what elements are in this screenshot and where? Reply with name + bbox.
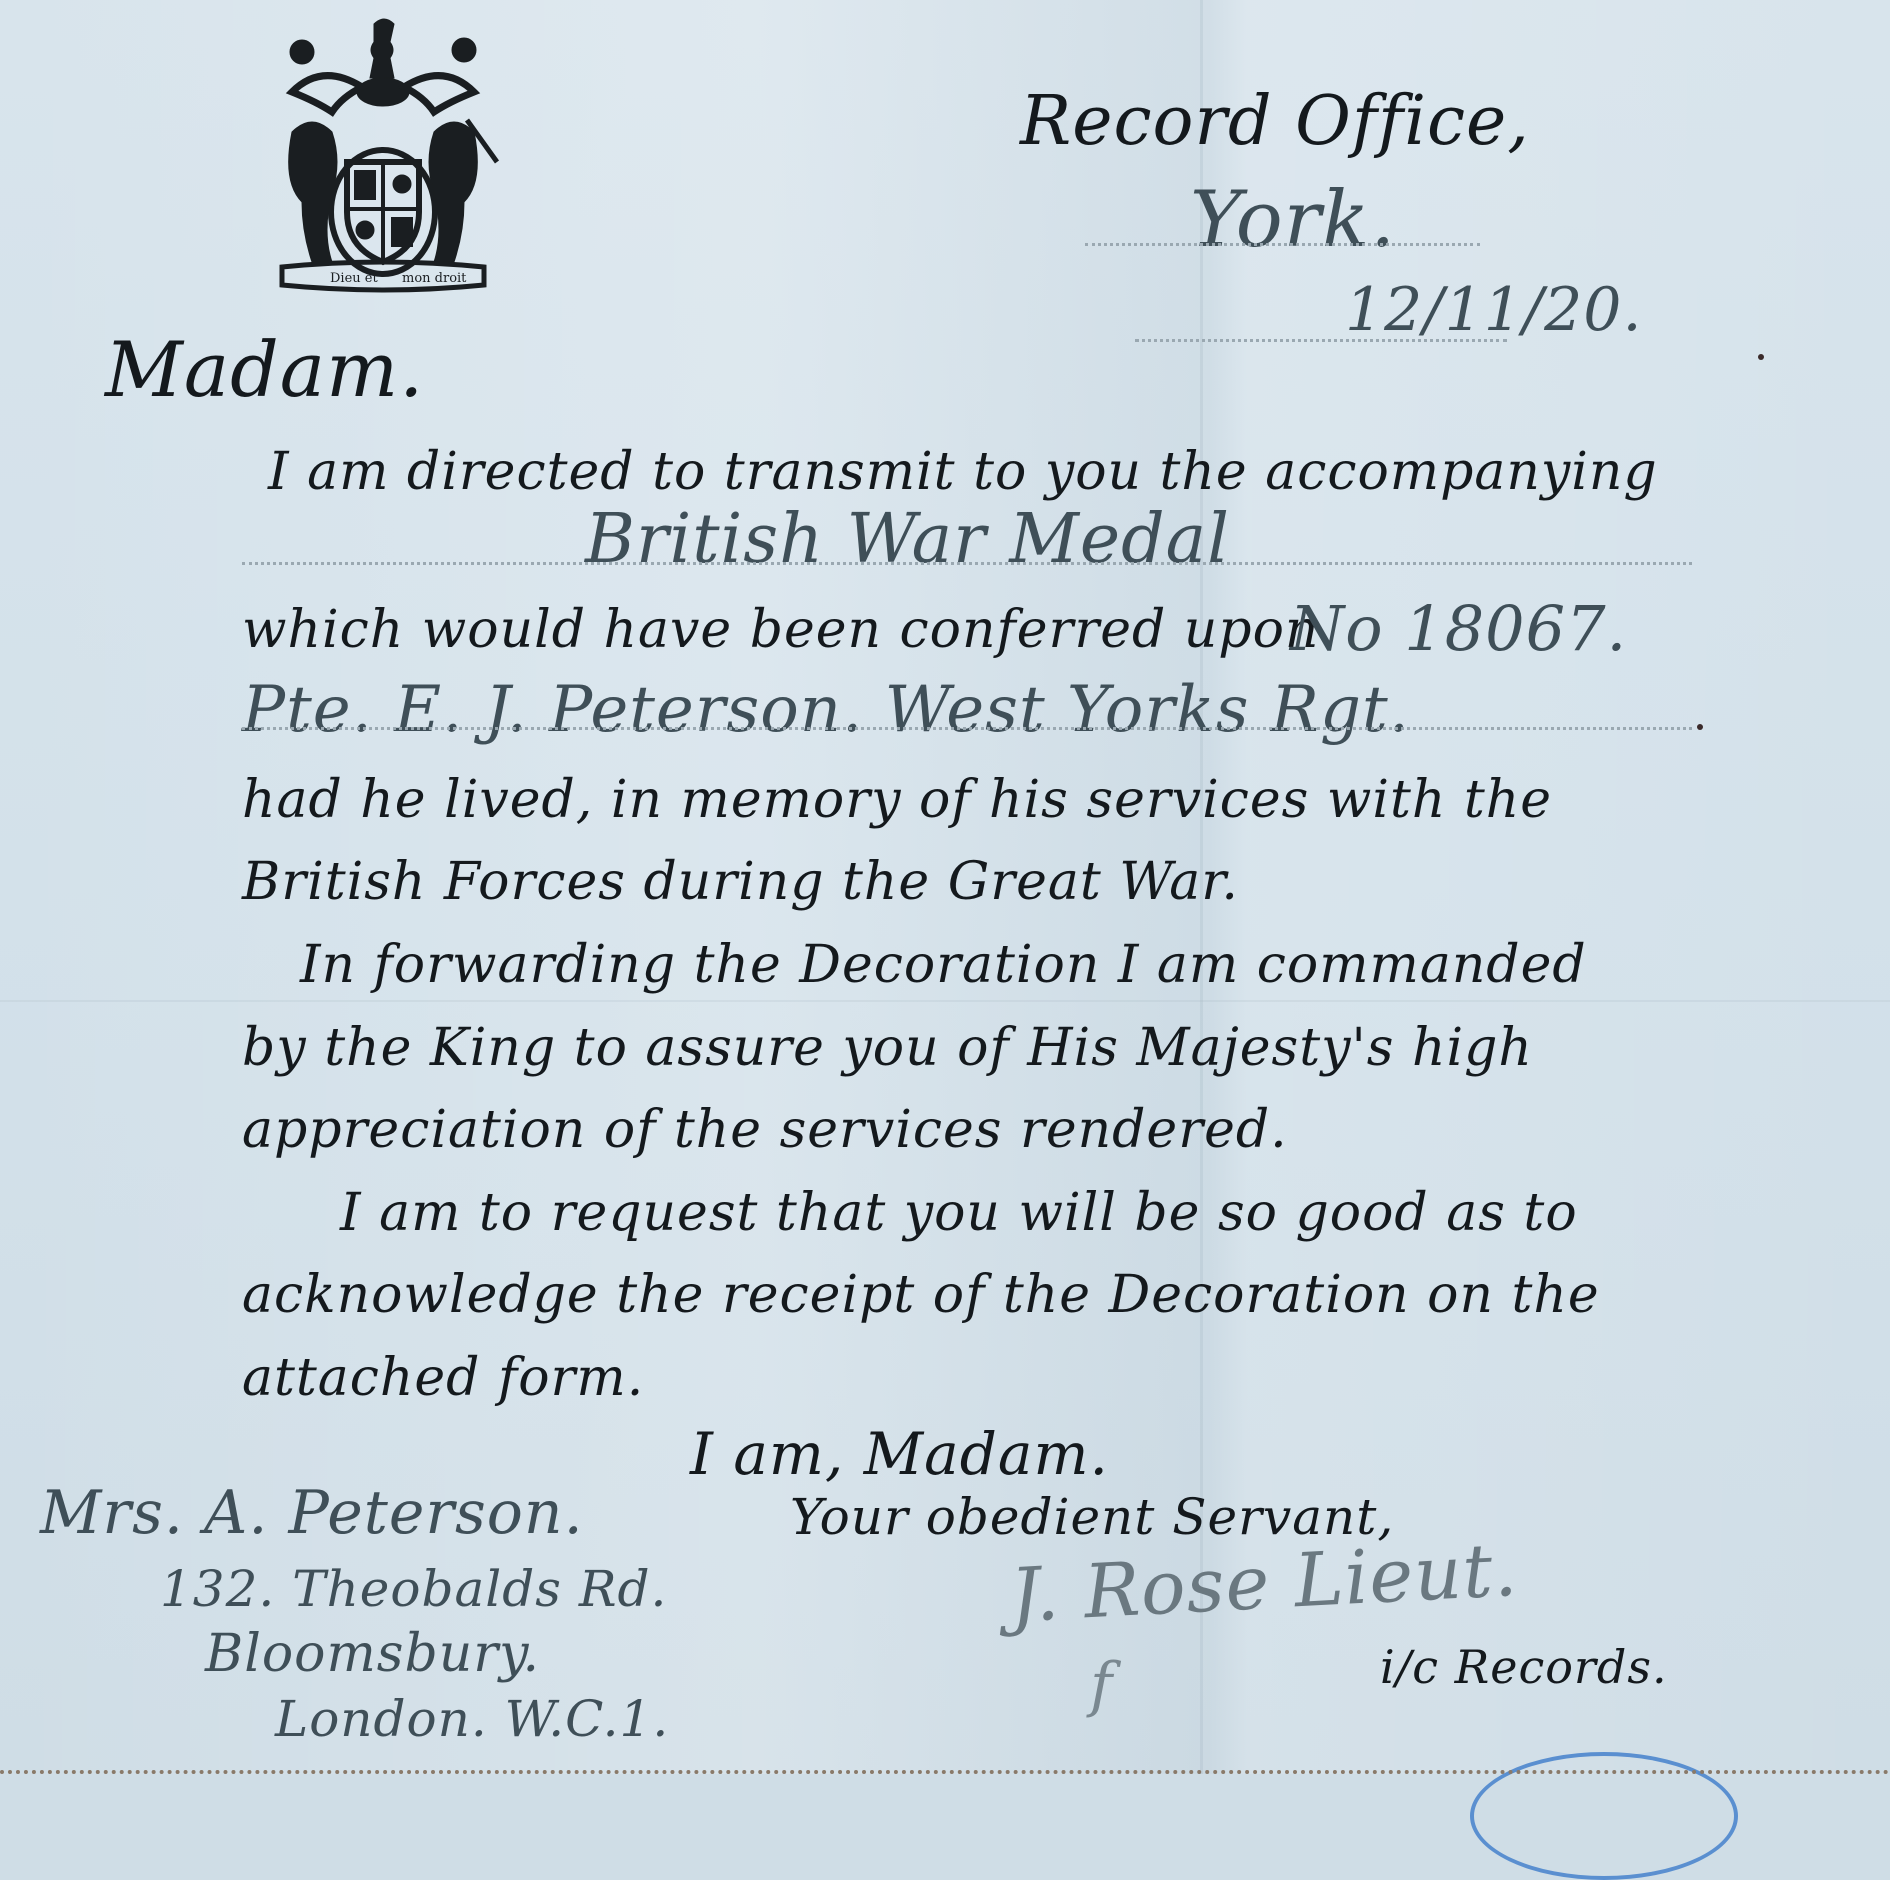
ink-spot bbox=[1758, 354, 1764, 360]
addressee-name: Mrs. A. Peterson. bbox=[40, 1478, 584, 1548]
records-title: i/c Records. bbox=[1380, 1640, 1668, 1694]
location-york: York. bbox=[1190, 175, 1396, 265]
soldier-dotted-line bbox=[242, 727, 1692, 730]
record-office-heading: Record Office, bbox=[1020, 82, 1530, 161]
body-line-6: British Forces during the Great War. bbox=[242, 852, 1239, 912]
svg-text:Dieu et: Dieu et bbox=[330, 271, 378, 286]
letter-paper: Dieu et mon droit Record Office, York. 1… bbox=[0, 0, 1890, 1774]
svg-text:mon droit: mon droit bbox=[402, 271, 467, 286]
royal-coat-of-arms-icon: Dieu et mon droit bbox=[252, 12, 514, 302]
closing-line-1: I am, Madam. bbox=[690, 1420, 1109, 1488]
service-number: No 18067. bbox=[1290, 592, 1627, 665]
paper-fold-horizontal bbox=[0, 1000, 1890, 1002]
body-line-5: had he lived, in memory of his services … bbox=[242, 770, 1552, 830]
body-line-7: In forwarding the Decoration I am comman… bbox=[300, 935, 1587, 995]
letter-date: 12/11/20. bbox=[1345, 275, 1643, 345]
soldier-name-regiment: Pte. E. J. Peterson. West Yorks Rgt. bbox=[242, 673, 1410, 747]
award-dotted-line bbox=[242, 562, 1692, 565]
addressee-district: Bloomsbury. bbox=[205, 1624, 540, 1684]
body-line-9: appreciation of the services rendered. bbox=[242, 1100, 1288, 1160]
addressee-street: 132. Theobalds Rd. bbox=[160, 1560, 667, 1618]
signature-initial: f bbox=[1090, 1650, 1113, 1720]
body-line-8: by the King to assure you of His Majesty… bbox=[242, 1018, 1533, 1078]
perforated-edge bbox=[0, 1770, 1890, 1774]
body-line-10: I am to request that you will be so good… bbox=[340, 1183, 1578, 1243]
date-dotted-line bbox=[1135, 339, 1507, 342]
location-dotted-line bbox=[1085, 243, 1480, 246]
body-line-1: I am directed to transmit to you the acc… bbox=[268, 442, 1658, 502]
body-line-12: attached form. bbox=[242, 1348, 644, 1408]
body-line-3: which would have been conferred upon bbox=[242, 600, 1319, 660]
body-line-11: acknowledge the receipt of the Decoratio… bbox=[242, 1265, 1600, 1325]
addressee-city: London. W.C.1. bbox=[275, 1690, 669, 1748]
award-name: British War Medal bbox=[585, 500, 1230, 579]
salutation: Madam. bbox=[105, 325, 424, 414]
ink-spot bbox=[1697, 724, 1703, 730]
